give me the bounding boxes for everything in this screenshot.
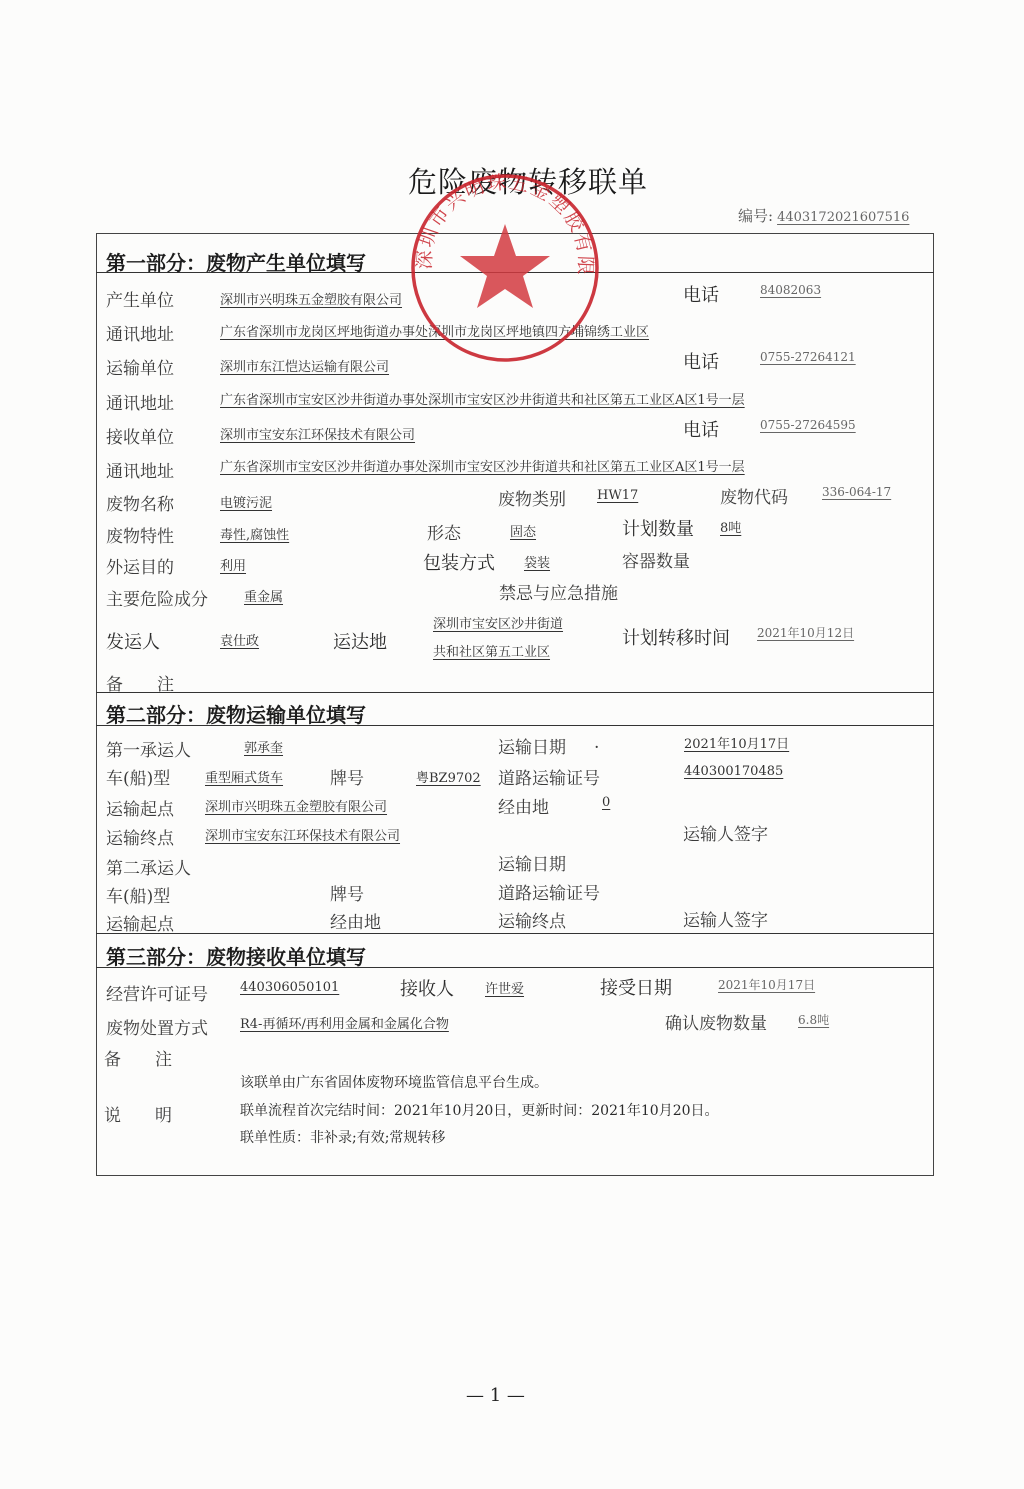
receiver-label: 接收单位 — [106, 423, 174, 448]
transport-date-dot: . — [594, 733, 599, 753]
waste-property-label: 废物特性 — [106, 522, 174, 547]
origin2-label: 运输起点 — [106, 910, 174, 935]
via2-label: 经由地 — [330, 908, 381, 933]
planned-quantity-value: 8吨 — [720, 517, 741, 536]
vehicle-type-label: 车(船)型 — [106, 764, 170, 789]
producer-phone-value: 84082063 — [760, 283, 821, 297]
planned-quantity-label: 计划数量 — [622, 515, 694, 541]
form-value: 固态 — [510, 521, 536, 540]
shipper-value: 袁仕政 — [220, 630, 259, 649]
document-title: 危险废物转移联单 — [408, 160, 648, 201]
producer-address-value: 广东省深圳市龙岗区坪地街道办事处深圳市龙岗区坪地镇四方埔锦绣工业区 — [220, 321, 649, 340]
confirmed-quantity-value: 6.8吨 — [798, 1011, 829, 1028]
purpose-value: 利用 — [220, 555, 246, 574]
terminus2-label: 运输终点 — [498, 907, 566, 932]
main-hazard-value: 重金属 — [244, 586, 283, 605]
receiver-person-label: 接收人 — [400, 975, 454, 1001]
receiver-address-value: 广东省深圳市宝安区沙井街道办事处深圳市宝安区沙井街道共和社区第五工业区A区1号一… — [220, 456, 745, 475]
planned-transfer-time-label: 计划转移时间 — [622, 624, 730, 650]
transporter-phone-value: 0755-27264121 — [760, 350, 856, 364]
shipper-label: 发运人 — [106, 628, 160, 654]
transport-date-value: 2021年10月17日 — [684, 733, 789, 752]
plate-label: 牌号 — [330, 764, 364, 789]
carrier2-label: 第二承运人 — [106, 854, 191, 879]
vehicle-type-value: 重型厢式货车 — [205, 767, 283, 786]
receiver-value: 深圳市宝安东江环保技术有限公司 — [220, 424, 415, 443]
part3-title: 第三部分：废物接收单位填写 — [106, 941, 366, 970]
disposal-method-value: R4-再循环/再利用金属和金属化合物 — [240, 1013, 449, 1032]
receiver-phone-label: 电话 — [683, 416, 719, 442]
divider — [96, 933, 934, 934]
producer-address-label: 通讯地址 — [106, 320, 174, 345]
signature2-label: 运输人签字 — [683, 906, 768, 931]
plate2-label: 牌号 — [330, 880, 364, 905]
transporter-address-label: 通讯地址 — [106, 389, 174, 414]
license-label: 经营许可证号 — [106, 980, 208, 1005]
waste-code-label: 废物代码 — [720, 483, 788, 508]
transporter-address-value: 广东省深圳市宝安区沙井街道办事处深圳市宝安区沙井街道共和社区第五工业区A区1号一… — [220, 389, 745, 408]
road-permit-label: 道路运输证号 — [498, 764, 600, 789]
transport-date-label: 运输日期 — [498, 733, 566, 758]
transporter-value: 深圳市东江恺达运输有限公司 — [220, 356, 389, 375]
transport-date2-label: 运输日期 — [498, 850, 566, 875]
page-number: — 1 — — [466, 1385, 525, 1406]
packaging-label: 包装方式 — [423, 549, 495, 575]
terminus-label: 运输终点 — [106, 824, 174, 849]
destination-label: 运达地 — [333, 628, 387, 654]
notes-label: 说 明 — [104, 1101, 172, 1126]
waste-code-value: 336-064-17 — [822, 485, 891, 499]
terminus-value: 深圳市宝安东江环保技术有限公司 — [205, 825, 400, 844]
planned-transfer-time-value: 2021年10月12日 — [757, 624, 854, 641]
note-line-1: 该联单由广东省固体废物环境监管信息平台生成。 — [240, 1072, 548, 1092]
main-hazard-label: 主要危险成分 — [106, 585, 208, 610]
waste-category-value: HW17 — [597, 488, 638, 503]
document-number-label: 编号: — [738, 207, 773, 225]
vehicle-type2-label: 车(船)型 — [106, 882, 170, 907]
origin-value: 深圳市兴明珠五金塑胶有限公司 — [205, 796, 387, 815]
part2-title: 第二部分：废物运输单位填写 — [106, 699, 366, 728]
via-value: 0 — [602, 795, 610, 810]
producer-value: 深圳市兴明珠五金塑胶有限公司 — [220, 289, 402, 308]
destination-value-line2: 共和社区第五工业区 — [433, 641, 550, 660]
waste-name-label: 废物名称 — [106, 490, 174, 515]
plate-value: 粤BZ9702 — [416, 767, 481, 786]
signature-label: 运输人签字 — [683, 820, 768, 845]
divider — [96, 692, 934, 693]
form-label: 形态 — [427, 519, 461, 544]
container-quantity-label: 容器数量 — [622, 547, 690, 572]
road-permit2-label: 道路运输证号 — [498, 879, 600, 904]
destination-value-line1: 深圳市宝安区沙井街道 — [433, 613, 563, 632]
packaging-value: 袋装 — [524, 552, 550, 571]
part3-remarks-label: 备 注 — [104, 1045, 172, 1070]
waste-property-value: 毒性,腐蚀性 — [220, 524, 289, 543]
accept-date-label: 接受日期 — [600, 974, 672, 1000]
road-permit-value: 440300170485 — [684, 764, 783, 779]
waste-name-value: 电镀污泥 — [220, 492, 272, 511]
part1-remarks-label: 备 注 — [106, 670, 174, 695]
transporter-phone-label: 电话 — [683, 348, 719, 374]
origin-label: 运输起点 — [106, 795, 174, 820]
transporter-label: 运输单位 — [106, 354, 174, 379]
purpose-label: 外运目的 — [106, 553, 174, 578]
accept-date-value: 2021年10月17日 — [718, 976, 815, 993]
confirmed-quantity-label: 确认废物数量 — [665, 1009, 767, 1034]
disposal-method-label: 废物处置方式 — [106, 1014, 208, 1039]
carrier1-value: 郭承奎 — [244, 737, 283, 756]
note-line-2: 联单流程首次完结时间：2021年10月20日，更新时间：2021年10月20日。 — [240, 1100, 719, 1120]
part1-title: 第一部分：废物产生单位填写 — [106, 247, 366, 276]
producer-label: 产生单位 — [106, 286, 174, 311]
producer-phone-label: 电话 — [683, 281, 719, 307]
license-value: 440306050101 — [240, 980, 339, 995]
document-number: 编号:4403172021607516 — [738, 205, 909, 226]
receiver-address-label: 通讯地址 — [106, 457, 174, 482]
taboo-measures-label: 禁忌与应急措施 — [499, 579, 618, 604]
receiver-phone-value: 0755-27264595 — [760, 418, 856, 432]
document-number-value: 4403172021607516 — [777, 210, 909, 225]
carrier1-label: 第一承运人 — [106, 736, 191, 761]
via-label: 经由地 — [498, 793, 549, 818]
receiver-person-value: 许世爱 — [485, 978, 524, 997]
waste-category-label: 废物类别 — [498, 485, 566, 510]
note-line-3: 联单性质：非补录;有效;常规转移 — [240, 1127, 445, 1147]
